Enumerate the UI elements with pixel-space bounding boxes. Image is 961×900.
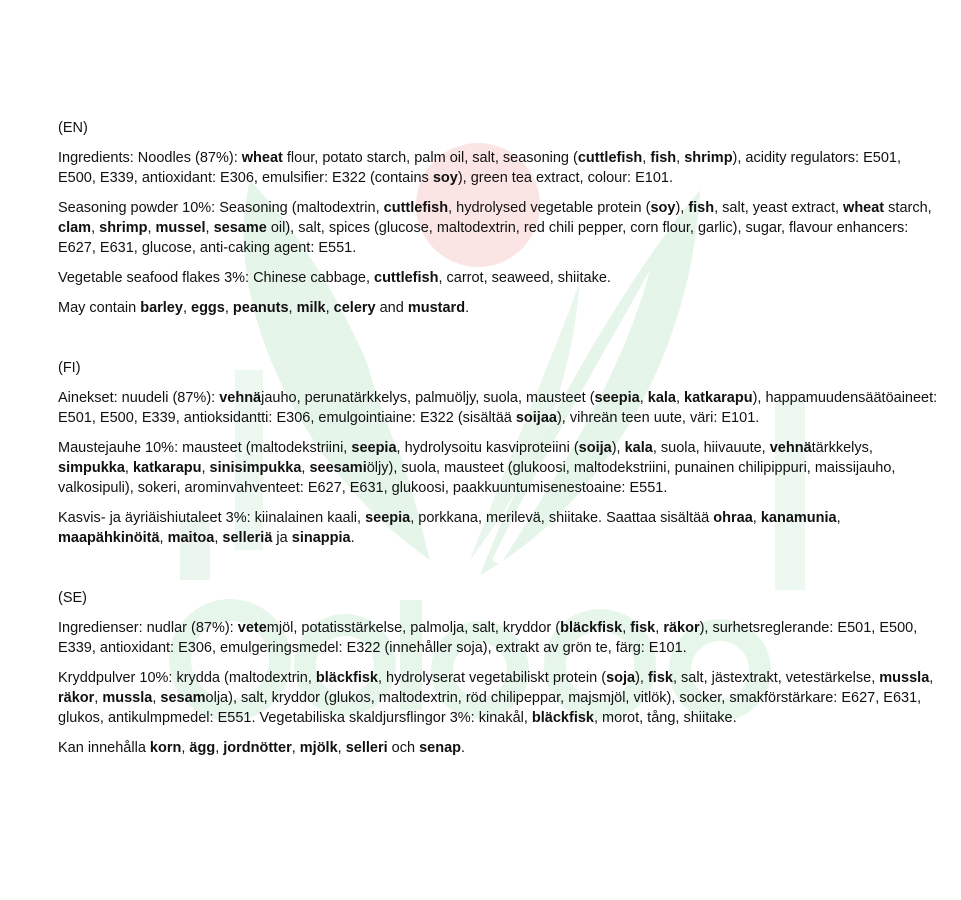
allergen: mussla xyxy=(102,690,152,706)
allergen: fish xyxy=(650,150,676,166)
seasoning-paragraph: Kryddpulver 10%: krydda (maltodextrin, b… xyxy=(58,668,938,728)
flakes-paragraph: Kasvis- ja äyriäishiutaleet 3%: kiinalai… xyxy=(58,508,938,548)
allergen: vete xyxy=(238,620,267,636)
ingredients-paragraph: Ainekset: nuudeli (87%): vehnäjauho, per… xyxy=(58,388,938,428)
section-fi: (FI) Ainekset: nuudeli (87%): vehnäjauho… xyxy=(58,358,938,548)
allergen: seepia xyxy=(595,390,640,406)
allergen: sinappia xyxy=(292,530,351,546)
allergen: fisk xyxy=(648,670,673,686)
allergen: vehnä xyxy=(770,440,812,456)
seasoning-paragraph: Seasoning powder 10%: Seasoning (maltode… xyxy=(58,198,938,258)
allergen: jordnötter xyxy=(223,740,291,756)
allergen: fisk xyxy=(630,620,655,636)
allergen: cuttlefish xyxy=(578,150,642,166)
allergen: seesami xyxy=(309,460,366,476)
allergen: maapähkinöitä xyxy=(58,530,160,546)
allergen: selleriä xyxy=(222,530,272,546)
allergen: seepia xyxy=(365,510,410,526)
seasoning-paragraph: Maustejauhe 10%: mausteet (maltodekstrii… xyxy=(58,438,938,498)
ingredients-document: (EN) Ingredients: Noodles (87%): wheat f… xyxy=(58,118,938,798)
allergen: sesam xyxy=(160,690,205,706)
allergen: cuttlefish xyxy=(384,200,448,216)
allergen: mussla xyxy=(879,670,929,686)
section-se: (SE) Ingredienser: nudlar (87%): vetemjö… xyxy=(58,588,938,758)
allergen: simpukka xyxy=(58,460,125,476)
allergen: barley xyxy=(140,300,183,316)
allergen: soijaa xyxy=(516,410,557,426)
flakes-paragraph: Vegetable seafood flakes 3%: Chinese cab… xyxy=(58,268,938,288)
allergen: cuttlefish xyxy=(374,270,438,286)
allergen: vehnä xyxy=(219,390,261,406)
allergen: kanamunia xyxy=(761,510,837,526)
allergen: celery xyxy=(334,300,376,316)
allergen: mussel xyxy=(156,220,206,236)
allergen: räkor xyxy=(663,620,699,636)
language-code: (SE) xyxy=(58,588,938,608)
language-code: (FI) xyxy=(58,358,938,378)
allergen: wheat xyxy=(242,150,283,166)
allergen: soja xyxy=(606,670,635,686)
allergen: kala xyxy=(625,440,653,456)
allergen: bläckfisk xyxy=(532,710,594,726)
allergen: katkarapu xyxy=(133,460,202,476)
allergen: seepia xyxy=(351,440,396,456)
allergen: shrimp xyxy=(684,150,732,166)
allergen: sesame xyxy=(214,220,267,236)
allergen: soy xyxy=(650,200,675,216)
allergen: clam xyxy=(58,220,91,236)
allergen: selleri xyxy=(346,740,388,756)
allergen: sinisimpukka xyxy=(210,460,302,476)
allergen: soy xyxy=(433,170,458,186)
ingredients-paragraph: Ingredienser: nudlar (87%): vetemjöl, po… xyxy=(58,618,938,658)
allergen: mjölk xyxy=(300,740,338,756)
allergen: milk xyxy=(297,300,326,316)
allergen: räkor xyxy=(58,690,94,706)
language-code: (EN) xyxy=(58,118,938,138)
allergen: senap xyxy=(419,740,461,756)
allergen: wheat xyxy=(843,200,884,216)
allergen: ägg xyxy=(189,740,215,756)
ingredients-paragraph: Ingredients: Noodles (87%): wheat flour,… xyxy=(58,148,938,188)
allergen: ohraa xyxy=(713,510,753,526)
allergen: bläckfisk xyxy=(560,620,622,636)
section-en: (EN) Ingredients: Noodles (87%): wheat f… xyxy=(58,118,938,318)
allergen: shrimp xyxy=(99,220,147,236)
allergen: mustard xyxy=(408,300,465,316)
allergen: eggs xyxy=(191,300,225,316)
allergen: katkarapu xyxy=(684,390,753,406)
allergen: fish xyxy=(688,200,714,216)
allergen: peanuts xyxy=(233,300,289,316)
may-contain-paragraph: Kan innehålla korn, ägg, jordnötter, mjö… xyxy=(58,738,938,758)
allergen: kala xyxy=(648,390,676,406)
allergen: maitoa xyxy=(168,530,215,546)
allergen: korn xyxy=(150,740,181,756)
may-contain-paragraph: May contain barley, eggs, peanuts, milk,… xyxy=(58,298,938,318)
allergen: bläckfisk xyxy=(316,670,378,686)
allergen: soija xyxy=(579,440,612,456)
